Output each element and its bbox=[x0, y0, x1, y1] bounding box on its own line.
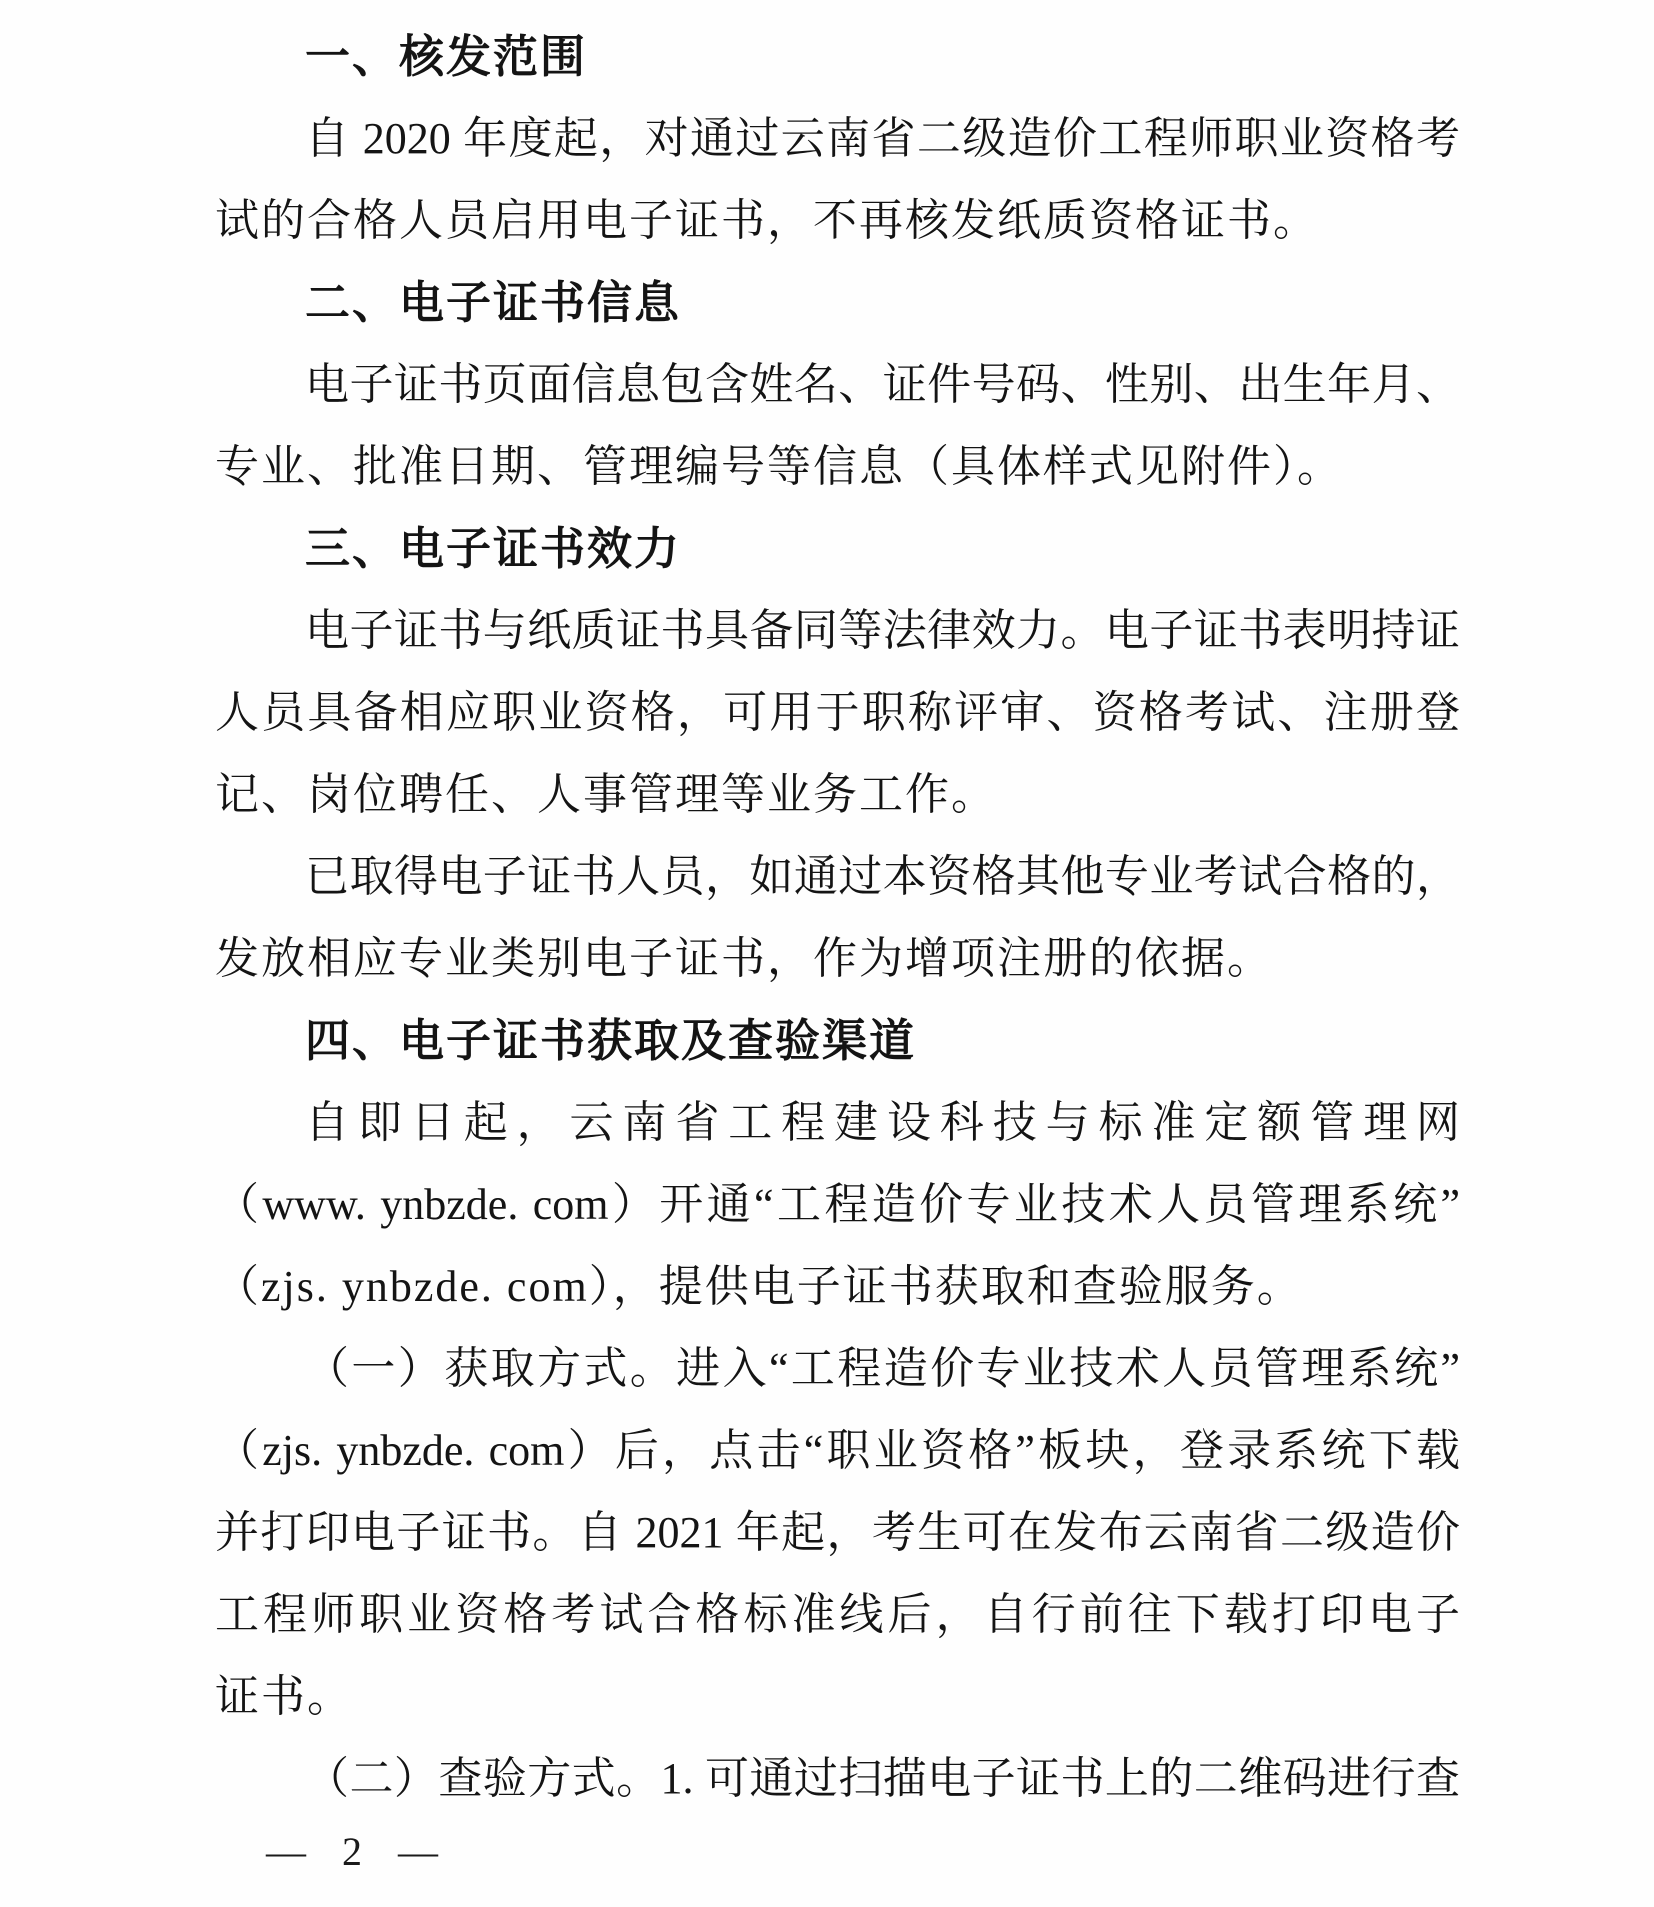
text-line: 记、岗位聘任、人事管理等业务工作。 bbox=[215, 754, 1460, 836]
text-line: 工程师职业资格考试合格标准线后，自行前往下载打印电子 bbox=[215, 1574, 1460, 1656]
text-line: 试的合格人员启用电子证书，不再核发纸质资格证书。 bbox=[215, 180, 1460, 262]
text-line: 电子证书与纸质证书具备同等法律效力。电子证书表明持证 bbox=[215, 590, 1460, 672]
text-line: （zjs. ynbzde. com），提供电子证书获取和查验服务。 bbox=[215, 1246, 1460, 1328]
text-line: （二）查验方式。1. 可通过扫描电子证书上的二维码进行查 bbox=[215, 1738, 1460, 1820]
section-heading-1: 一、核发范围 bbox=[215, 16, 1460, 98]
text-line: 电子证书页面信息包含姓名、证件号码、性别、出生年月、 bbox=[215, 344, 1460, 426]
text-line: 自即日起，云南省工程建设科技与标准定额管理网 bbox=[215, 1082, 1460, 1164]
section-heading-2: 二、电子证书信息 bbox=[215, 262, 1460, 344]
document-text-block: 一、核发范围 自 2020 年度起，对通过云南省二级造价工程师职业资格考 试的合… bbox=[215, 16, 1460, 1820]
text-line: 发放相应专业类别电子证书，作为增项注册的依据。 bbox=[215, 918, 1460, 1000]
document-page: 一、核发范围 自 2020 年度起，对通过云南省二级造价工程师职业资格考 试的合… bbox=[0, 0, 1654, 1907]
text-line: 自 2020 年度起，对通过云南省二级造价工程师职业资格考 bbox=[215, 98, 1460, 180]
text-line: 专业、批准日期、管理编号等信息（具体样式见附件）。 bbox=[215, 426, 1460, 508]
text-line: （zjs. ynbzde. com）后，点击“职业资格”板块，登录系统下载 bbox=[215, 1410, 1460, 1492]
page-number: — 2 — bbox=[266, 1822, 451, 1882]
text-line: 人员具备相应职业资格，可用于职称评审、资格考试、注册登 bbox=[215, 672, 1460, 754]
text-line: 已取得电子证书人员，如通过本资格其他专业考试合格的， bbox=[215, 836, 1460, 918]
text-line: 证书。 bbox=[215, 1656, 1460, 1738]
section-heading-4: 四、电子证书获取及查验渠道 bbox=[215, 1000, 1460, 1082]
text-line: （一）获取方式。进入“工程造价专业技术人员管理系统” bbox=[215, 1328, 1460, 1410]
text-line: 并打印电子证书。自 2021 年起，考生可在发布云南省二级造价 bbox=[215, 1492, 1460, 1574]
section-heading-3: 三、电子证书效力 bbox=[215, 508, 1460, 590]
text-line: （www. ynbzde. com）开通“工程造价专业技术人员管理系统” bbox=[215, 1164, 1460, 1246]
